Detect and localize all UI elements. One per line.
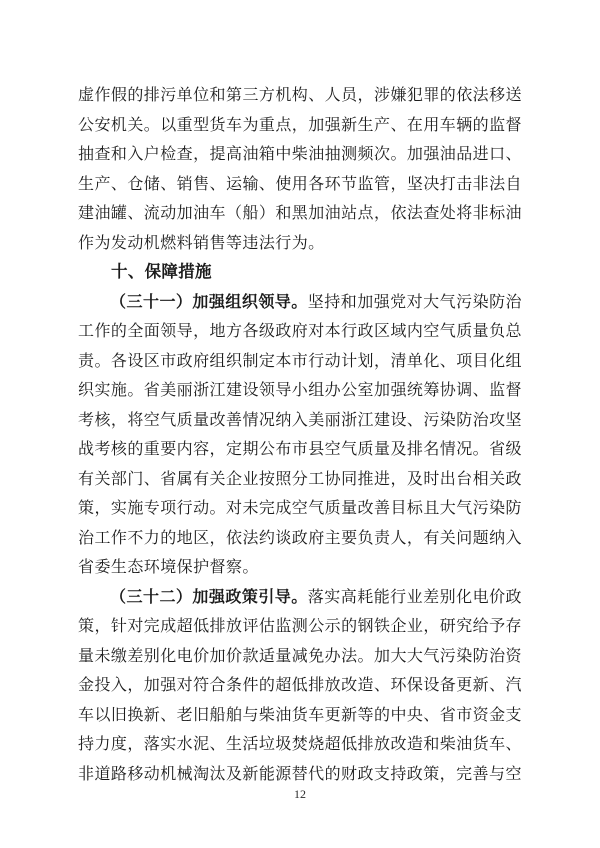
paragraph-lead: （三十一）加强组织领导。 xyxy=(110,294,308,311)
paragraph-article-31: （三十一）加强组织领导。坚持和加强党对大气污染防治工作的全面领导，地方各级政府对… xyxy=(78,288,522,583)
paragraph-lead: （三十二）加强政策引导。 xyxy=(110,589,308,606)
document-page: 虚作假的排污单位和第三方机构、人员，涉嫌犯罪的依法移送公安机关。以重型货车为重点… xyxy=(0,0,600,848)
page-number: 12 xyxy=(0,786,600,802)
paragraph-text: 坚持和加强党对大气污染防治工作的全面领导，地方各级政府对本行政区域内空气质量负总… xyxy=(78,294,522,577)
document-text-area: 虚作假的排污单位和第三方机构、人员，涉嫌犯罪的依法移送公安机关。以重型货车为重点… xyxy=(78,81,522,789)
paragraph-article-32: （三十二）加强政策引导。落实高耗能行业差别化电价政策，针对完成超低排放评估监测公… xyxy=(78,583,522,790)
paragraph-continuation: 虚作假的排污单位和第三方机构、人员，涉嫌犯罪的依法移送公安机关。以重型货车为重点… xyxy=(78,81,522,258)
section-heading: 十、保障措施 xyxy=(78,258,522,288)
paragraph-text: 落实高耗能行业差别化电价政策，针对完成超低排放评估监测公示的钢铁企业，研究给予存… xyxy=(78,589,522,783)
